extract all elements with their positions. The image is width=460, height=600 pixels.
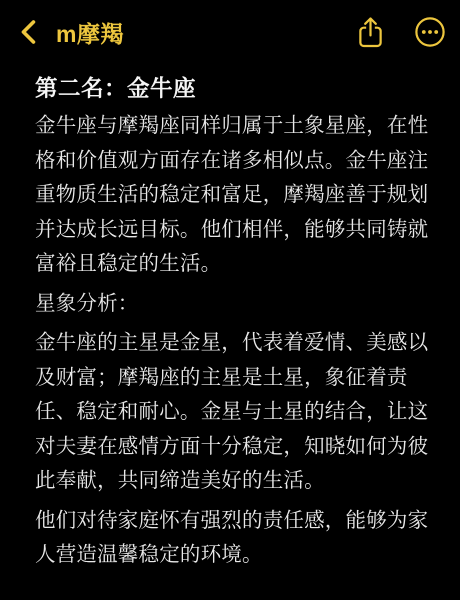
note-paragraph: 金牛座的主星是金星，代表着爱情、美感以及财富；摩羯座的主星是土星，象征着责任、稳… [35,326,430,499]
ellipsis-circle-icon [414,16,446,48]
note-title: m摩羯 [56,16,124,49]
note-paragraph: 他们对待家庭怀有强烈的责任感，能够为家人营造温馨稳定的环境。 [35,504,430,573]
back-button[interactable] [16,15,40,49]
note-editor[interactable]: 第二名：金牛座 金牛座与摩羯座同样归属于土象星座，在性格和价值观方面存在诸多相似… [0,58,460,573]
share-button[interactable] [357,16,384,49]
note-paragraph: 金牛座与摩羯座同样归属于土象星座，在性格和价值观方面存在诸多相似点。金牛座注重物… [35,109,430,282]
chevron-left-icon [18,17,38,47]
navigation-bar: m摩羯 [0,0,460,58]
share-icon [357,16,384,49]
navbar-actions [357,16,446,49]
note-heading: 第二名：金牛座 [35,73,430,104]
more-options-button[interactable] [414,16,446,48]
notes-app-screen: m摩羯 [0,0,460,600]
note-paragraph-analysis-label: 星象分析： [35,287,430,322]
